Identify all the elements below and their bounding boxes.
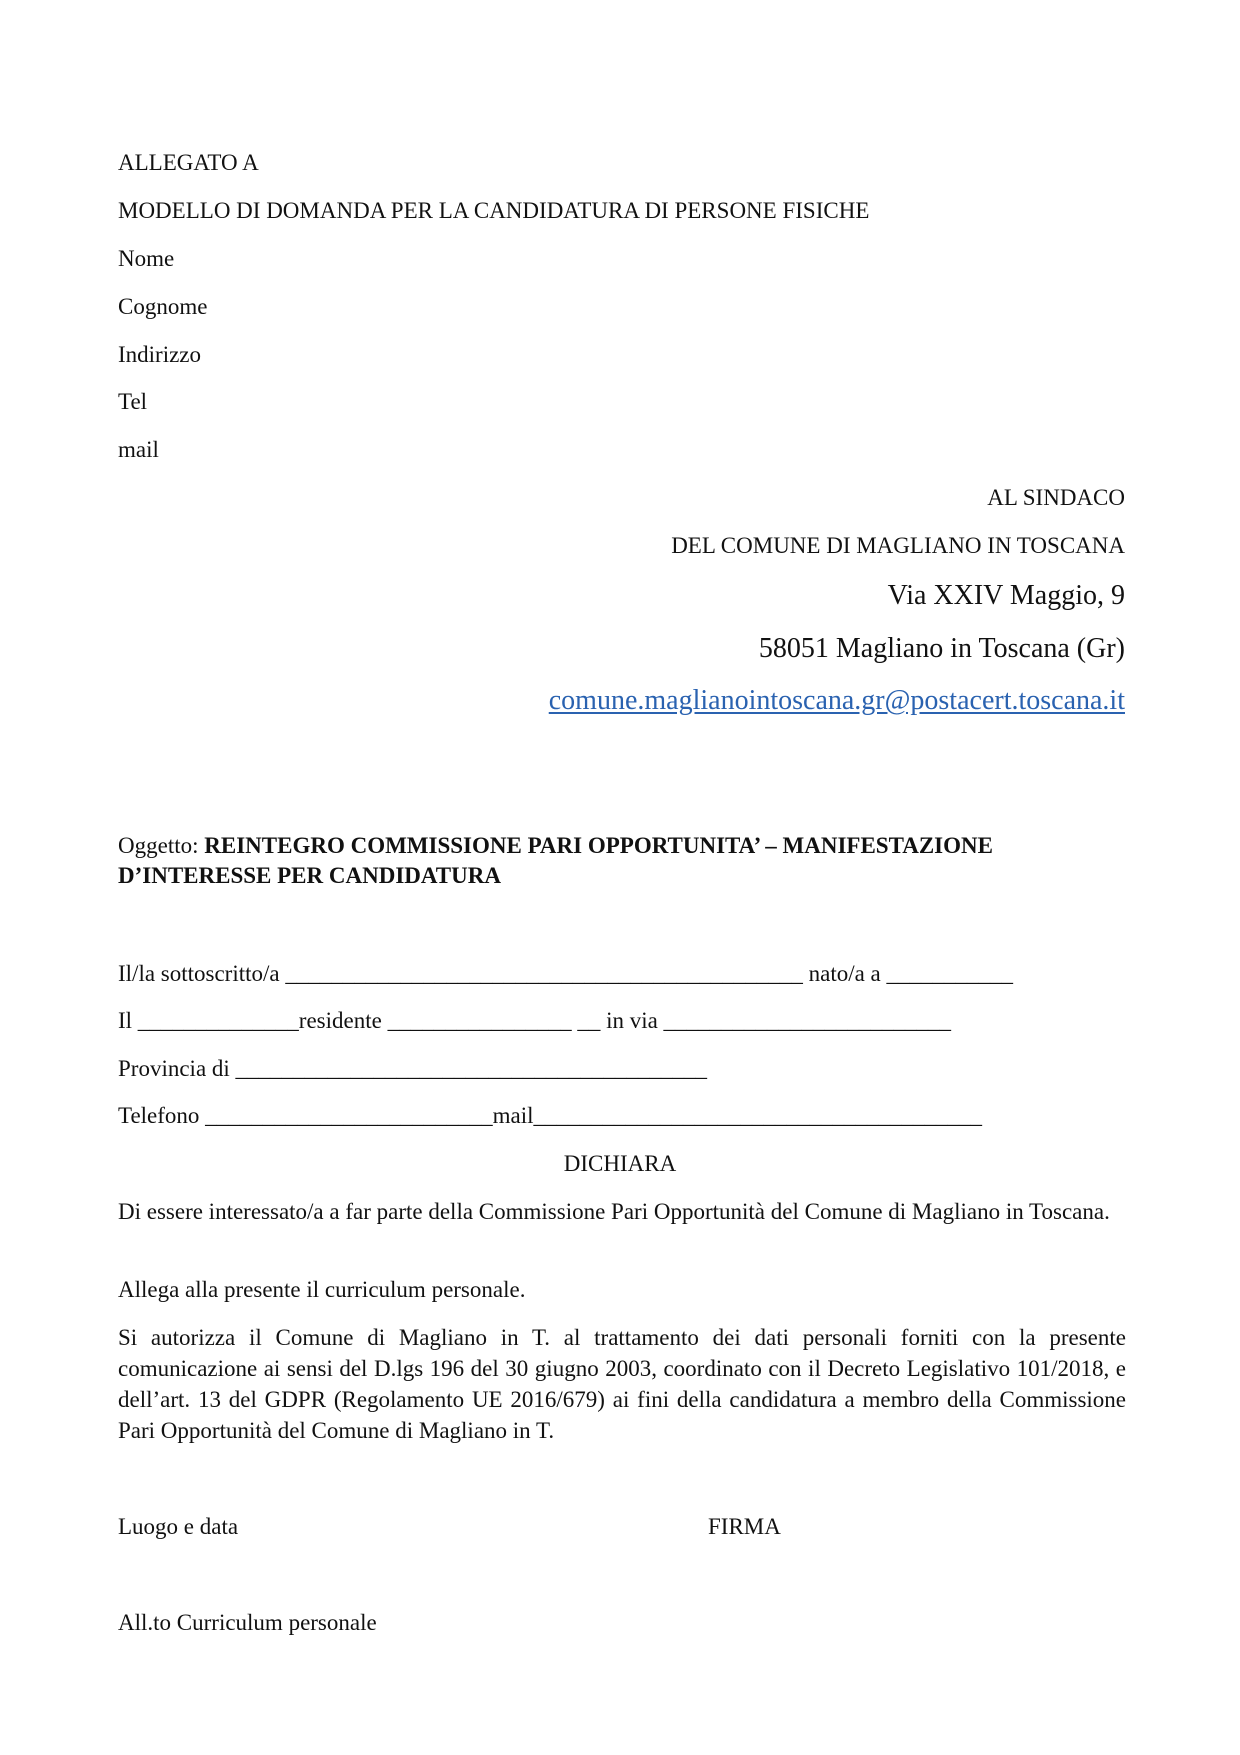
form-line-province: Provincia di ___________________________… [118,1055,707,1083]
subject-text: REINTEGRO COMMISSIONE PARI OPPORTUNITA’ … [204,833,993,858]
form-line-residence: Il ______________residente _____________… [118,1007,951,1035]
recipient-line2: DEL COMUNE DI MAGLIANO IN TOSCANA [671,532,1125,560]
signature-label: FIRMA [708,1513,781,1541]
subject-line1: Oggetto: REINTEGRO COMMISSIONE PARI OPPO… [118,832,993,860]
enclosure-note: All.to Curriculum personale [118,1609,377,1637]
field-label-nome: Nome [118,245,174,273]
attachment-note: Allega alla presente il curriculum perso… [118,1274,1126,1305]
recipient-email-link[interactable]: comune.maglianointoscana.gr@postacert.to… [549,684,1125,718]
recipient-line1: AL SINDACO [987,484,1125,512]
attachment-label: ALLEGATO A [118,149,259,177]
declaration-heading: DICHIARA [0,1150,1240,1178]
form-line-contacts: Telefono _________________________mail__… [118,1102,982,1130]
privacy-consent: Si autorizza il Comune di Magliano in T.… [118,1322,1126,1446]
subject-line2: D’INTERESSE PER CANDIDATURA [118,862,501,890]
document-title: MODELLO DI DOMANDA PER LA CANDIDATURA DI… [118,197,869,225]
field-label-indirizzo: Indirizzo [118,341,201,369]
field-label-tel: Tel [118,388,147,416]
declaration-statement: Di essere interessato/a a far parte dell… [118,1196,1126,1227]
subject-label: Oggetto: [118,833,204,858]
place-date-label: Luogo e data [118,1513,238,1541]
field-label-cognome: Cognome [118,293,207,321]
recipient-address: Via XXIV Maggio, 9 [888,579,1125,613]
form-line-name: Il/la sottoscritto/a ___________________… [118,960,1013,988]
recipient-city: 58051 Magliano in Toscana (Gr) [759,632,1125,666]
field-label-mail: mail [118,436,159,464]
